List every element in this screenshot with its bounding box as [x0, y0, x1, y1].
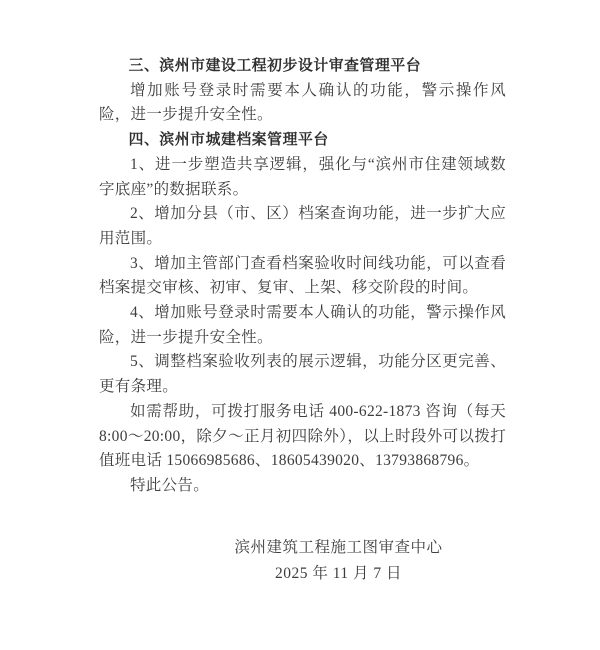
signature-block: 滨州建筑工程施工图审查中心 2025 年 11 月 7 日	[99, 535, 506, 587]
section-heading: 三、滨州市建设工程初步设计审查管理平台	[99, 54, 506, 79]
notice-paragraph: 4、增加账号登录时需要本人确认的功能，警示操作风险，进一步提升安全性。	[99, 301, 506, 350]
notice-closing: 特此公告。	[99, 474, 506, 499]
notice-paragraph: 如需帮助，可拨打服务电话 400-622-1873 咨询（每天8:00～20:0…	[99, 400, 506, 474]
notice-paragraph: 3、增加主管部门查看档案验收时间线功能，可以查看档案提交审核、初审、复审、上架、…	[99, 252, 506, 301]
notice-paragraph: 1、进一步塑造共享逻辑，强化与“滨州市住建领域数字底座”的数据联系。	[99, 153, 506, 202]
notice-paragraph: 增加账号登录时需要本人确认的功能，警示操作风险，进一步提升安全性。	[99, 79, 506, 128]
notice-paragraph: 5、调整档案验收列表的展示逻辑，功能分区更完善、更有条理。	[99, 350, 506, 399]
section-heading: 四、滨州市城建档案管理平台	[99, 128, 506, 153]
notice-paragraph: 2、增加分县（市、区）档案查询功能，进一步扩大应用范围。	[99, 202, 506, 251]
notice-body: 三、滨州市建设工程初步设计审查管理平台 增加账号登录时需要本人确认的功能，警示操…	[99, 54, 506, 499]
signature-date: 2025 年 11 月 7 日	[171, 561, 506, 587]
document-page: 三、滨州市建设工程初步设计审查管理平台 增加账号登录时需要本人确认的功能，警示操…	[0, 0, 600, 650]
signature-org: 滨州建筑工程施工图审查中心	[171, 535, 506, 561]
